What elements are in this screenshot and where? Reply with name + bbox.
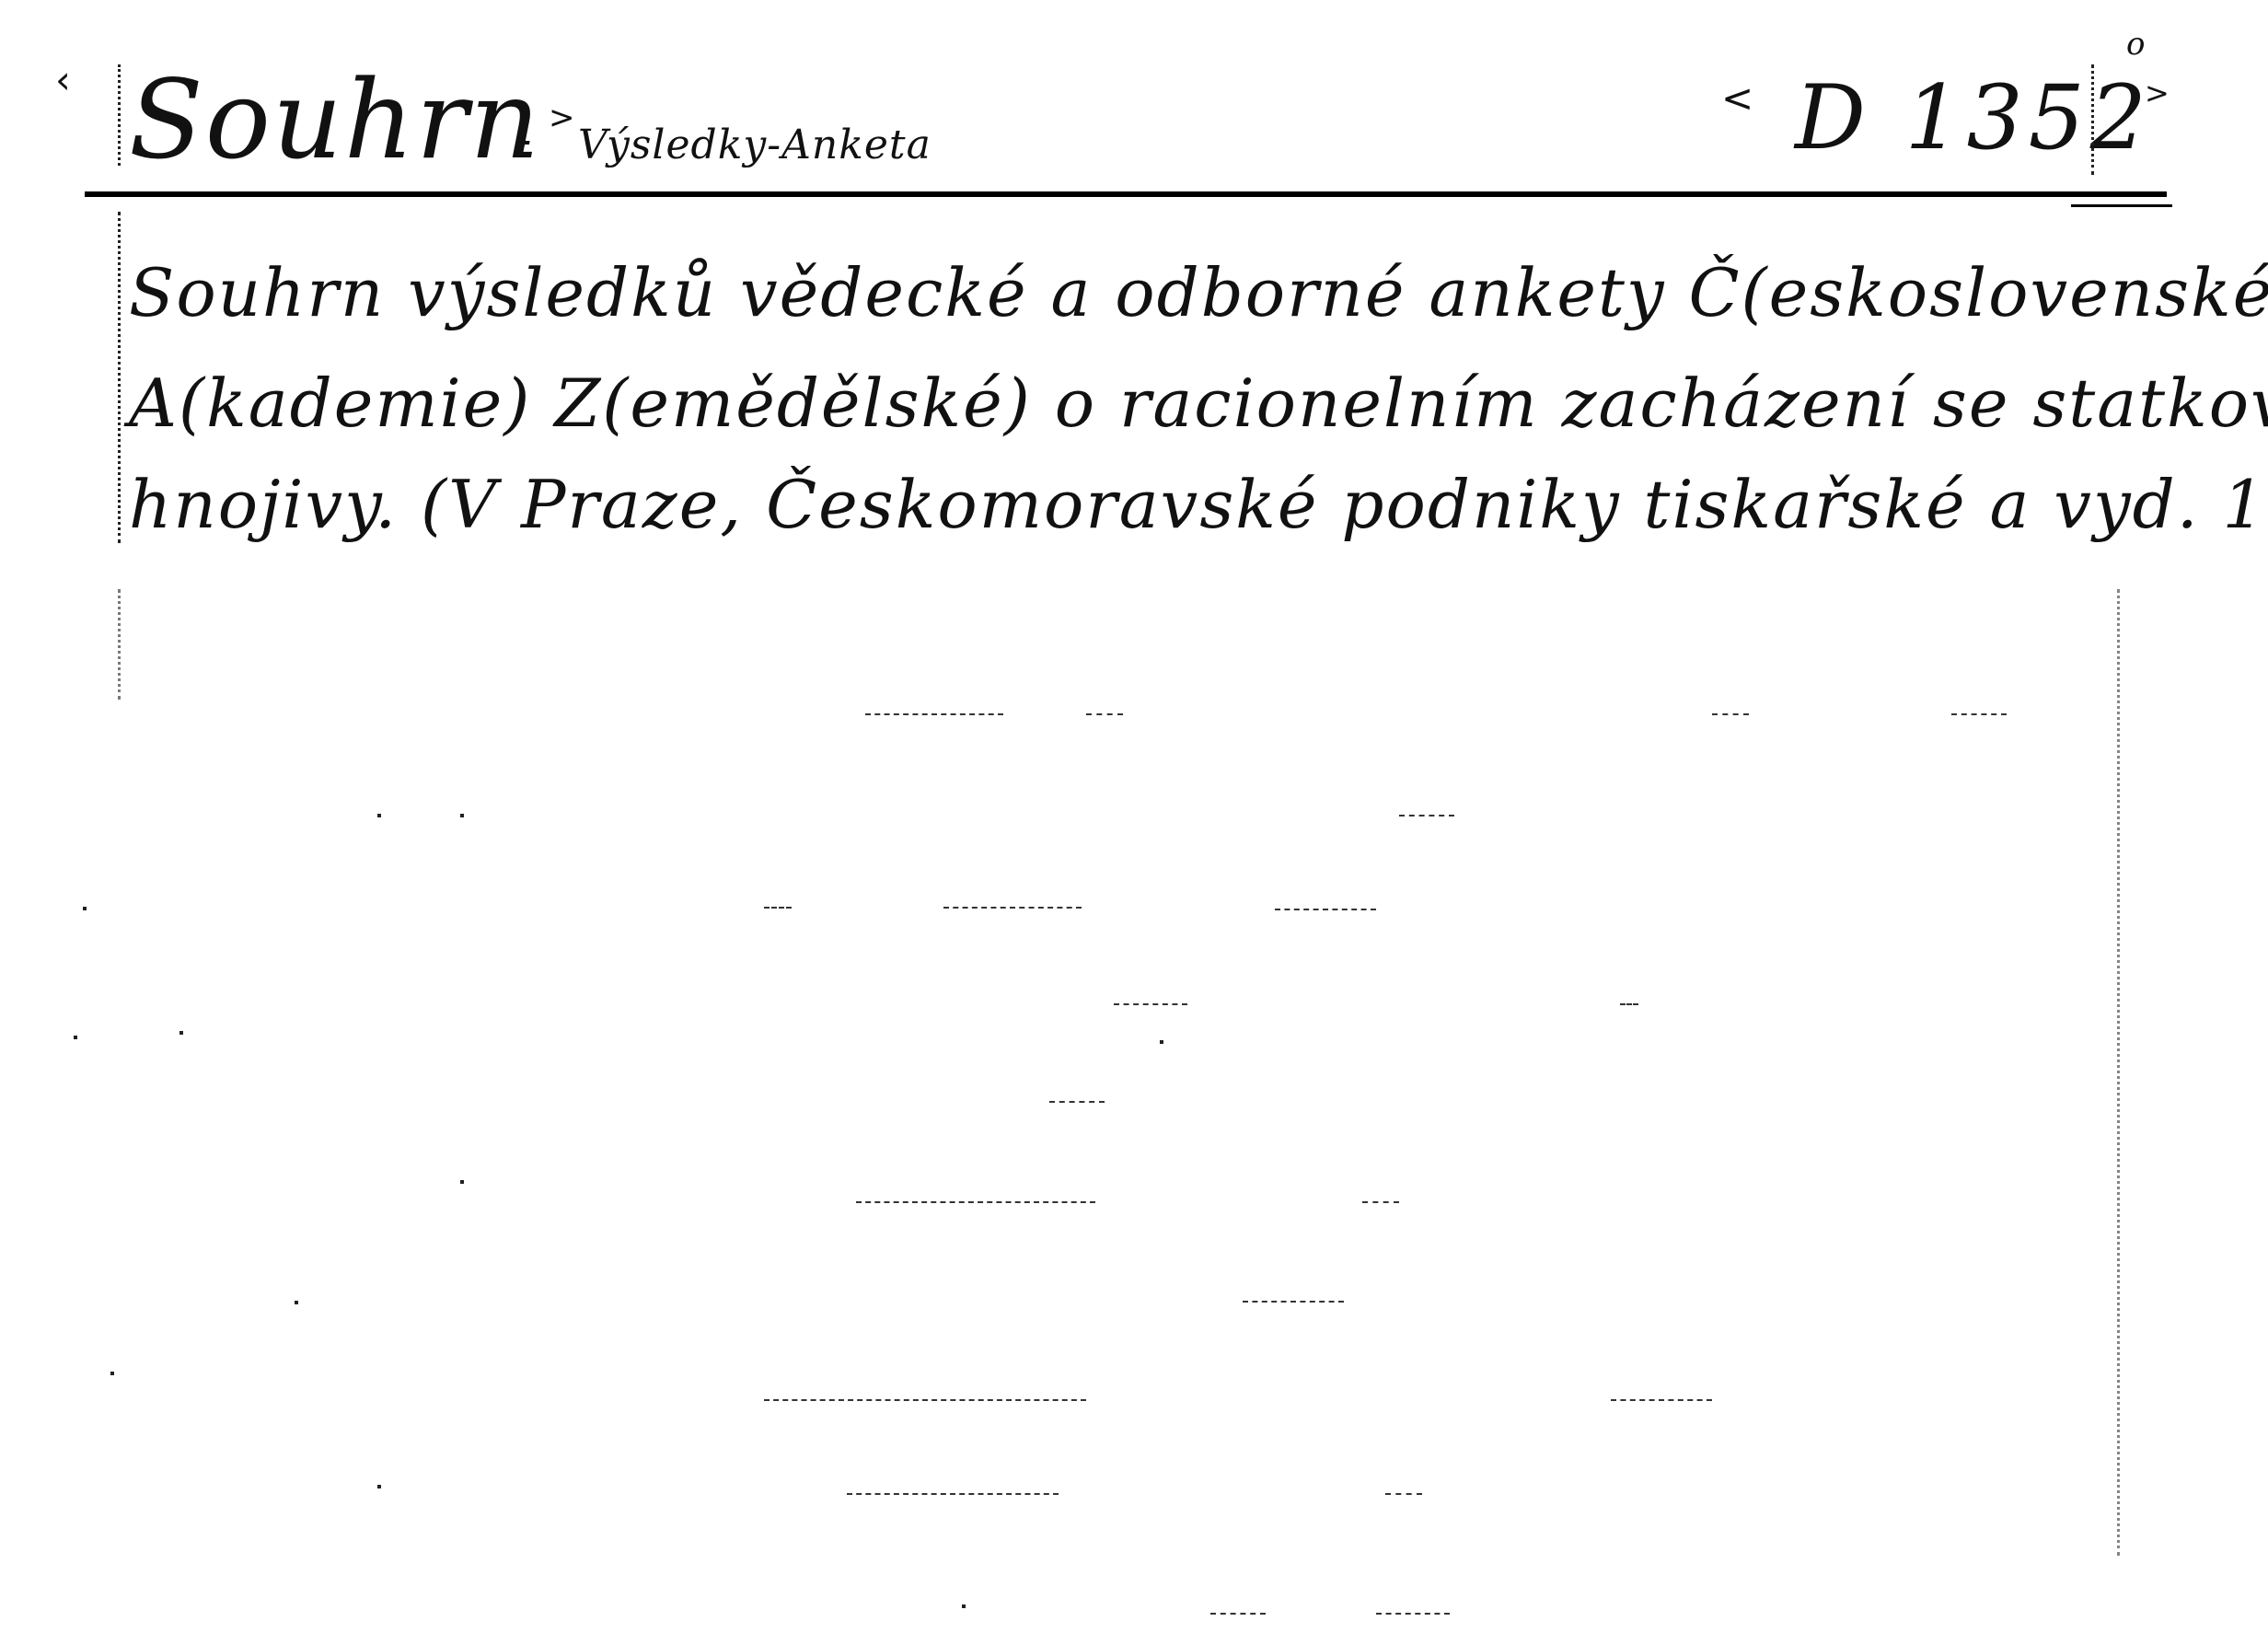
scan-noise — [1160, 1040, 1163, 1044]
scan-noise — [865, 713, 1003, 717]
heading-rule-extension — [2071, 204, 2172, 207]
scan-noise — [764, 907, 792, 910]
scan-noise — [1611, 1399, 1712, 1403]
scan-noise — [1114, 1003, 1187, 1007]
scan-noise — [1275, 909, 1376, 912]
scan-noise — [460, 1180, 464, 1184]
scan-noise — [1362, 1201, 1399, 1205]
body-left-margin-guide — [118, 212, 123, 543]
description-line-1: Souhrn výsledků vědecké a odborné ankety… — [129, 249, 2268, 337]
scan-noise — [1210, 1613, 1266, 1616]
left-margin-guide — [118, 64, 123, 166]
description-line-2: A(kademie) Z(emědělské) o racionelním za… — [129, 359, 2268, 447]
scan-noise — [1376, 1613, 1450, 1616]
scan-noise — [1620, 1003, 1638, 1007]
right-margin-guide — [2091, 64, 2097, 175]
call-number: D 1352 — [1795, 63, 2152, 173]
scan-noise — [1712, 713, 1749, 717]
scan-noise — [460, 814, 464, 817]
scan-noise — [1951, 713, 2007, 717]
description-line-3: hnojivy. (V Praze, Českomoravské podniky… — [129, 460, 2268, 549]
scan-noise — [943, 907, 1082, 910]
insertion-mark-icon: > — [549, 99, 575, 136]
corner-mark: o — [2126, 26, 2146, 63]
scan-noise — [118, 589, 123, 700]
left-margin-mark: ‹ — [55, 57, 71, 102]
scan-noise — [764, 1399, 1086, 1403]
call-number-arrow-icon: < — [1721, 75, 1753, 121]
heading-separator: - — [515, 112, 533, 168]
scan-noise — [1399, 815, 1454, 818]
right-edge-guide — [2117, 589, 2123, 1556]
scan-noise — [83, 907, 87, 910]
main-entry-heading: Souhrn — [129, 55, 541, 184]
subject-heading: Výsledky-Anketa — [578, 120, 931, 171]
scan-noise — [377, 814, 381, 817]
scan-noise — [1049, 1101, 1105, 1105]
scan-noise — [962, 1604, 966, 1608]
scan-noise — [1385, 1493, 1422, 1497]
scan-noise — [377, 1485, 381, 1488]
scan-noise — [856, 1201, 1095, 1205]
scan-noise — [74, 1036, 77, 1039]
scan-noise — [1243, 1301, 1344, 1304]
scan-noise — [295, 1301, 298, 1304]
scan-noise — [847, 1493, 1059, 1497]
right-margin-mark: > — [2145, 75, 2170, 110]
scan-noise — [179, 1031, 183, 1035]
catalog-card: ‹ Souhrn - > Výsledky-Anketa < D 1352 o … — [0, 0, 2268, 1633]
scan-noise — [1086, 713, 1123, 717]
scan-noise — [110, 1372, 114, 1375]
heading-rule — [85, 191, 2167, 197]
